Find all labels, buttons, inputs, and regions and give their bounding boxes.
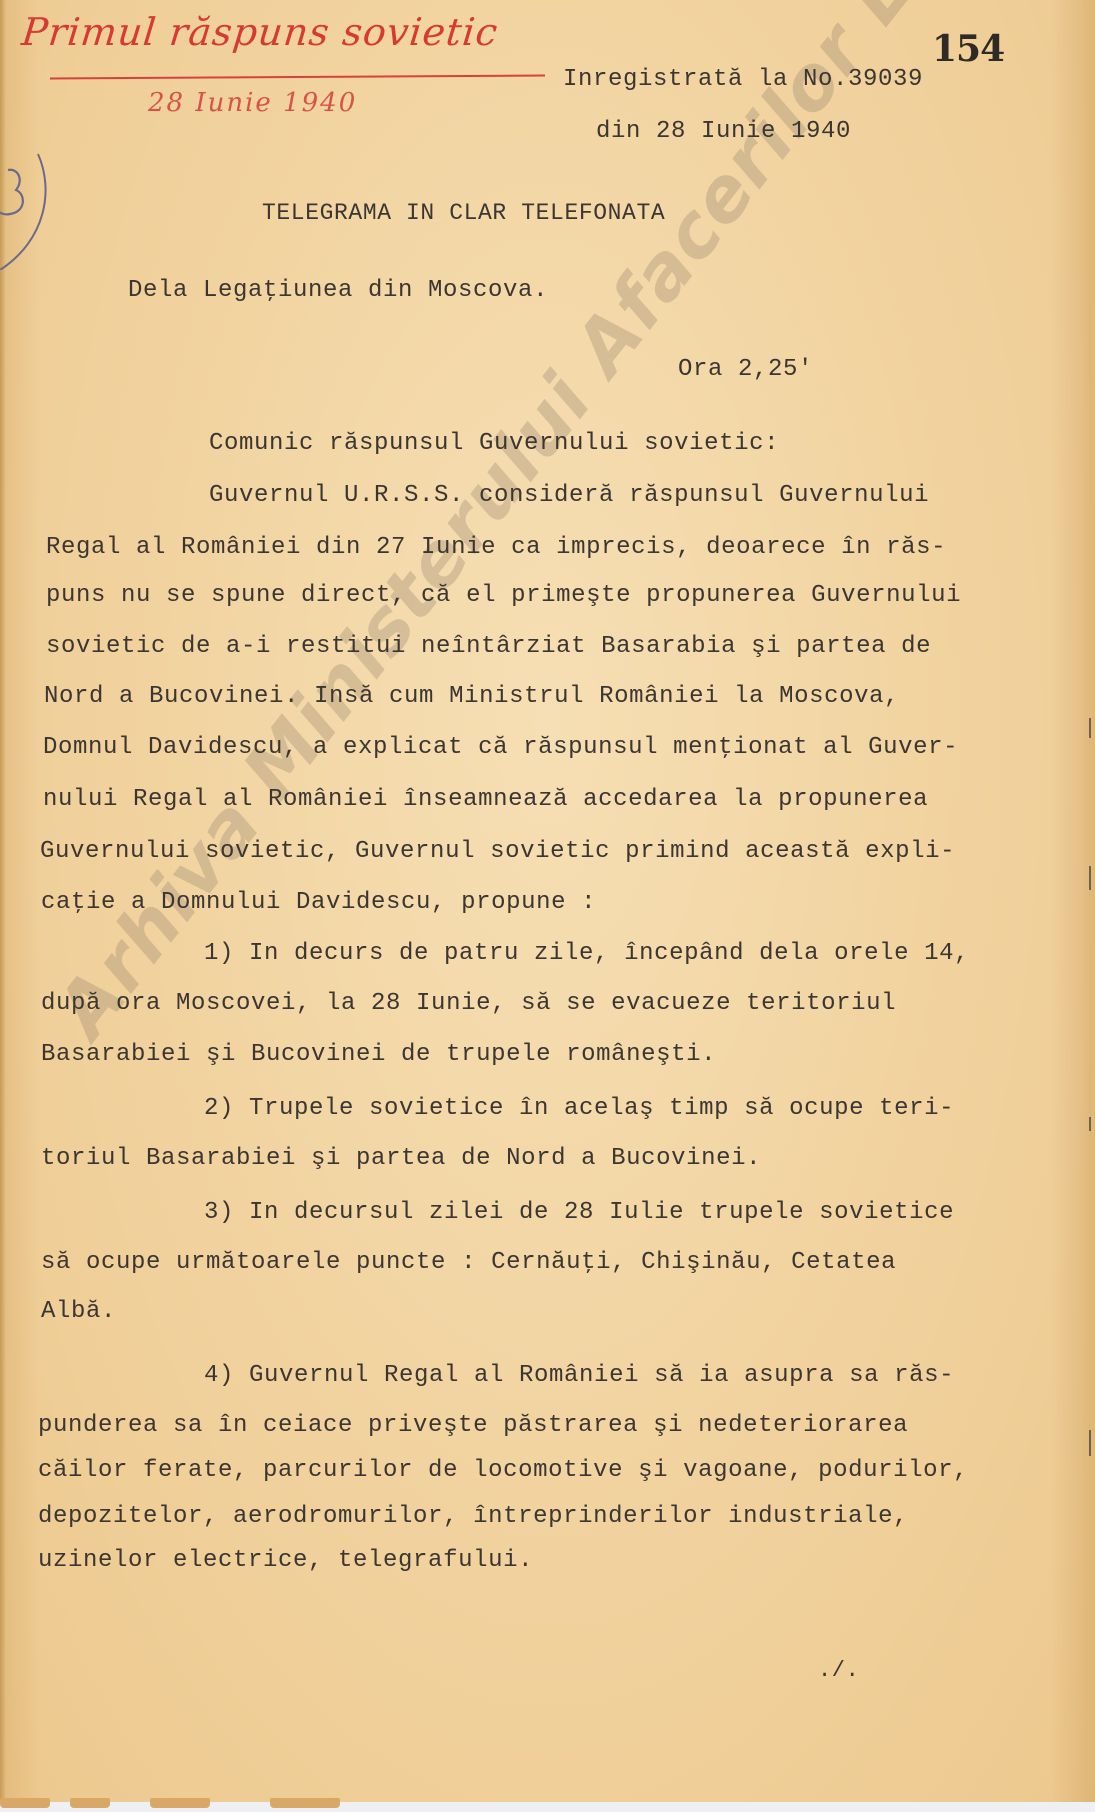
handwritten-underline [50, 74, 545, 79]
point-4-line: căilor ferate, parcurilor de locomotive … [38, 1459, 968, 1483]
page-number-stamp: 154 [932, 28, 1004, 70]
registration-line: Inregistrată la No.39039 [563, 68, 923, 92]
point-4-line: uzinelor electrice, telegrafului. [38, 1549, 533, 1573]
point-3-line: să ocupe următoarele puncte : Cernăuţi, … [41, 1251, 896, 1275]
pencil-bracket-mark [0, 150, 66, 270]
margin-tick [1089, 866, 1091, 890]
body-line: Guvernului sovietic, Guvernul sovietic p… [40, 840, 955, 864]
point-1-line: Basarabiei şi Bucovinei de trupele român… [41, 1043, 716, 1067]
point-2-line: 2) Trupele sovietice în acelaş timp să o… [204, 1097, 954, 1121]
body-line: Guvernul U.R.S.S. consideră răspunsul Gu… [209, 484, 929, 508]
point-4-line: depozitelor, aerodromurilor, întreprinde… [38, 1505, 908, 1529]
point-4-line: 4) Guvernul Regal al României să ia asup… [204, 1364, 954, 1388]
point-1-line: 1) In decurs de patru zile, începând del… [204, 942, 969, 966]
margin-tick [1089, 718, 1091, 738]
intro-line: Comunic răspunsul Guvernului sovietic: [209, 432, 779, 456]
document-title: TELEGRAMA IN CLAR TELEFONATA [262, 202, 665, 225]
margin-tick [1089, 1117, 1091, 1131]
body-line: caţie a Domnului Davidescu, propune : [41, 891, 596, 915]
handwritten-date: 28 Iunie 1940 [148, 88, 357, 118]
point-3-line: Albă. [41, 1300, 116, 1324]
torn-paper-bottom [0, 1796, 1095, 1812]
point-3-line: 3) In decursul zilei de 28 Iulie trupele… [204, 1201, 954, 1225]
paper-left-edge [0, 0, 6, 1812]
sender-line: Dela Legaţiunea din Moscova. [128, 279, 548, 303]
continuation-mark: ./. [818, 1660, 859, 1682]
time-line: Ora 2,25' [678, 358, 813, 382]
point-1-line: după ora Moscovei, la 28 Iunie, să se ev… [41, 992, 896, 1016]
body-line: Regal al României din 27 Iunie ca imprec… [46, 536, 946, 560]
body-line: puns nu se spune direct, că el primeşte … [46, 584, 961, 608]
point-4-line: punderea sa în ceiace priveşte păstrarea… [38, 1414, 908, 1438]
handwritten-title: Primul răspuns sovietic [20, 10, 501, 54]
archival-document-page: Arhiva Ministerului Afacerilor Externe P… [0, 0, 1095, 1812]
body-line: Nord a Bucovinei. Insă cum Ministrul Rom… [44, 685, 899, 709]
body-line: sovietic de a-i restitui neîntârziat Bas… [46, 635, 931, 659]
margin-tick [1089, 1430, 1091, 1456]
point-2-line: toriul Basarabiei şi partea de Nord a Bu… [41, 1147, 761, 1171]
registration-date: din 28 Iunie 1940 [596, 120, 851, 144]
body-line: nului Regal al României înseamnează acce… [43, 788, 928, 812]
body-line: Domnul Davidescu, a explicat că răspunsu… [43, 736, 958, 760]
paper-right-edge [1081, 0, 1095, 1812]
